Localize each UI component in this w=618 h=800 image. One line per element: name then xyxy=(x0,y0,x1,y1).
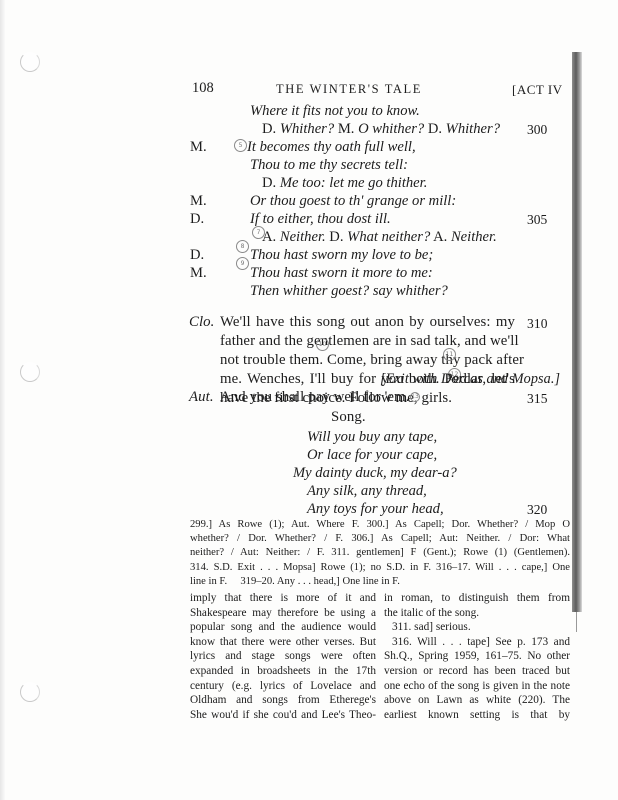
pencil-annotation-icon: 10 xyxy=(316,338,329,351)
punch-hole-mark xyxy=(20,682,40,702)
verse-line: Then whither goest? say whither? xyxy=(250,282,448,300)
verse-text: Whither? xyxy=(446,121,500,137)
song-line: My dainty duck, my dear-a? xyxy=(293,464,457,482)
stage-direction: [Exit with Dorcas and Mopsa.] xyxy=(380,370,560,389)
speaker-label: M. xyxy=(190,138,207,156)
speaker-label: M. xyxy=(190,192,207,210)
binding-shadow-tail xyxy=(576,612,577,632)
speaker-label: Aut. xyxy=(189,388,214,407)
commentary-line: earliest known setting is that by xyxy=(384,708,570,723)
prose-line: And you shall pay well for 'em. xyxy=(220,388,409,407)
verse-line: Thou to me thy secrets tell: xyxy=(250,156,408,174)
commentary-line: 311. sad] serious. xyxy=(384,620,570,635)
song-heading: Song. xyxy=(331,408,366,427)
note-line: 299.] As Rowe (1); Aut. Where F. 300.] A… xyxy=(190,518,570,532)
verse-text: Whither? xyxy=(280,121,334,137)
commentary-line: 316. Will . . . tape] See p. 173 and xyxy=(384,635,570,650)
verse-line: A. Neither. D. What neither? A. Neither. xyxy=(262,228,497,246)
verse-line: It becomes thy oath full well, xyxy=(247,138,416,156)
speaker-label: Clo. xyxy=(189,313,214,332)
note-line: neither? / Aut: Neither: / F. 311. gentl… xyxy=(190,546,570,560)
verse-text: Neither. xyxy=(280,229,326,245)
verse-line: Or thou goest to th' grange or mill: xyxy=(250,192,456,210)
commentary-line: the italic of the song. xyxy=(384,606,570,621)
verse-line: If to either, thou dost ill. xyxy=(250,210,391,228)
page-number: 108 xyxy=(192,80,214,97)
speaker-abbr: D. xyxy=(262,175,280,191)
pencil-annotation-icon: 5 xyxy=(234,139,247,152)
speaker-label: D. xyxy=(190,246,204,264)
verse-line: Thou hast sworn it more to me: xyxy=(250,264,433,282)
prose-line: not trouble them. Come, bring away thy p… xyxy=(220,351,515,370)
speaker-label: M. xyxy=(190,264,207,282)
commentary-line: one echo of the song is given in the not… xyxy=(384,679,570,694)
line-number: 315 xyxy=(527,389,548,408)
verse-line: D. Me too: let me go thither. xyxy=(262,174,427,192)
punch-hole-mark xyxy=(20,52,40,72)
commentary-line: Oldham and songs from Etherege's xyxy=(190,693,376,708)
verse-line: Where it fits not you to know. xyxy=(250,102,420,120)
commentary-line: She wou'd if she cou'd and Lee's Theo- xyxy=(190,708,376,723)
speaker-abbr: A. xyxy=(430,229,451,245)
commentary-right-column: in roman, to distinguish them from the i… xyxy=(384,591,570,722)
song-line: Will you buy any tape, xyxy=(307,428,437,446)
note-line: line in F. 319–20. Any . . . head,] One … xyxy=(190,575,570,589)
punch-hole-mark xyxy=(20,362,40,382)
line-number: 305 xyxy=(527,211,547,229)
scan-edge xyxy=(0,0,5,800)
song-line: Any toys for your head, xyxy=(307,500,444,518)
note-line: 314. S.D. Exit . . . Mopsa] Rowe (1); no… xyxy=(190,561,570,575)
verse-line: D. Whither? M. O whither? D. Whither? xyxy=(262,120,500,138)
textual-notes: 299.] As Rowe (1); Aut. Where F. 300.] A… xyxy=(190,518,570,589)
speaker-abbr: M. xyxy=(334,121,358,137)
commentary-left-column: imply that there is more of it and Shake… xyxy=(190,591,376,722)
commentary-line: popular song and the audience would xyxy=(190,620,376,635)
line-number: 310 xyxy=(527,314,548,333)
act-label: [ACT IV xyxy=(512,82,563,98)
commentary-line: know that there were other verses. But xyxy=(190,635,376,650)
line-number: 300 xyxy=(527,121,547,139)
commentary-line: Shakespeare may therefore be using a xyxy=(190,606,376,621)
binding-shadow xyxy=(572,52,582,612)
speaker-label: D. xyxy=(190,210,204,228)
speaker-abbr: A. xyxy=(262,229,280,245)
speaker-abbr: D. xyxy=(424,121,446,137)
commentary-line: expanded in broadsheets in the 17th xyxy=(190,664,376,679)
prose-line: We'll have this song out anon by ourselv… xyxy=(220,313,515,332)
commentary-line: imply that there is more of it and xyxy=(190,591,376,606)
verse-line: Thou hast sworn my love to be; xyxy=(250,246,433,264)
commentary-line: Sh.Q., Spring 1959, 161–75. No other xyxy=(384,649,570,664)
pencil-annotation-icon: 11 xyxy=(443,348,456,361)
commentary-line: lyrics and stage songs were often xyxy=(190,649,376,664)
commentary-line: above on Lawn as white (220). The xyxy=(384,693,570,708)
verse-text: O whither? xyxy=(358,121,424,137)
pencil-annotation-icon: 9 xyxy=(236,257,249,270)
commentary-line: version or record has been traced but xyxy=(384,664,570,679)
verse-text: What neither? xyxy=(347,229,430,245)
running-title: THE WINTER'S TALE xyxy=(276,82,422,97)
commentary-line: in roman, to distinguish them from xyxy=(384,591,570,606)
pencil-annotation-icon: 13 xyxy=(410,392,420,402)
verse-text: Me too: let me go thither. xyxy=(280,175,428,191)
song-line: Any silk, any thread, xyxy=(307,482,427,500)
verse-text: Neither. xyxy=(451,229,497,245)
commentary-line: century (e.g. lyrics of Lovelace and xyxy=(190,679,376,694)
note-line: whether? / Dor. Whether? / F. 306.] As C… xyxy=(190,532,570,546)
line-number: 320 xyxy=(527,501,547,519)
speaker-abbr: D. xyxy=(326,229,348,245)
speaker-abbr: D. xyxy=(262,121,280,137)
song-line: Or lace for your cape, xyxy=(307,446,437,464)
prose-line: father and the gentlemen are in sad talk… xyxy=(220,332,515,351)
scan-crop-edge xyxy=(180,723,580,800)
pencil-annotation-icon: 8 xyxy=(236,240,249,253)
